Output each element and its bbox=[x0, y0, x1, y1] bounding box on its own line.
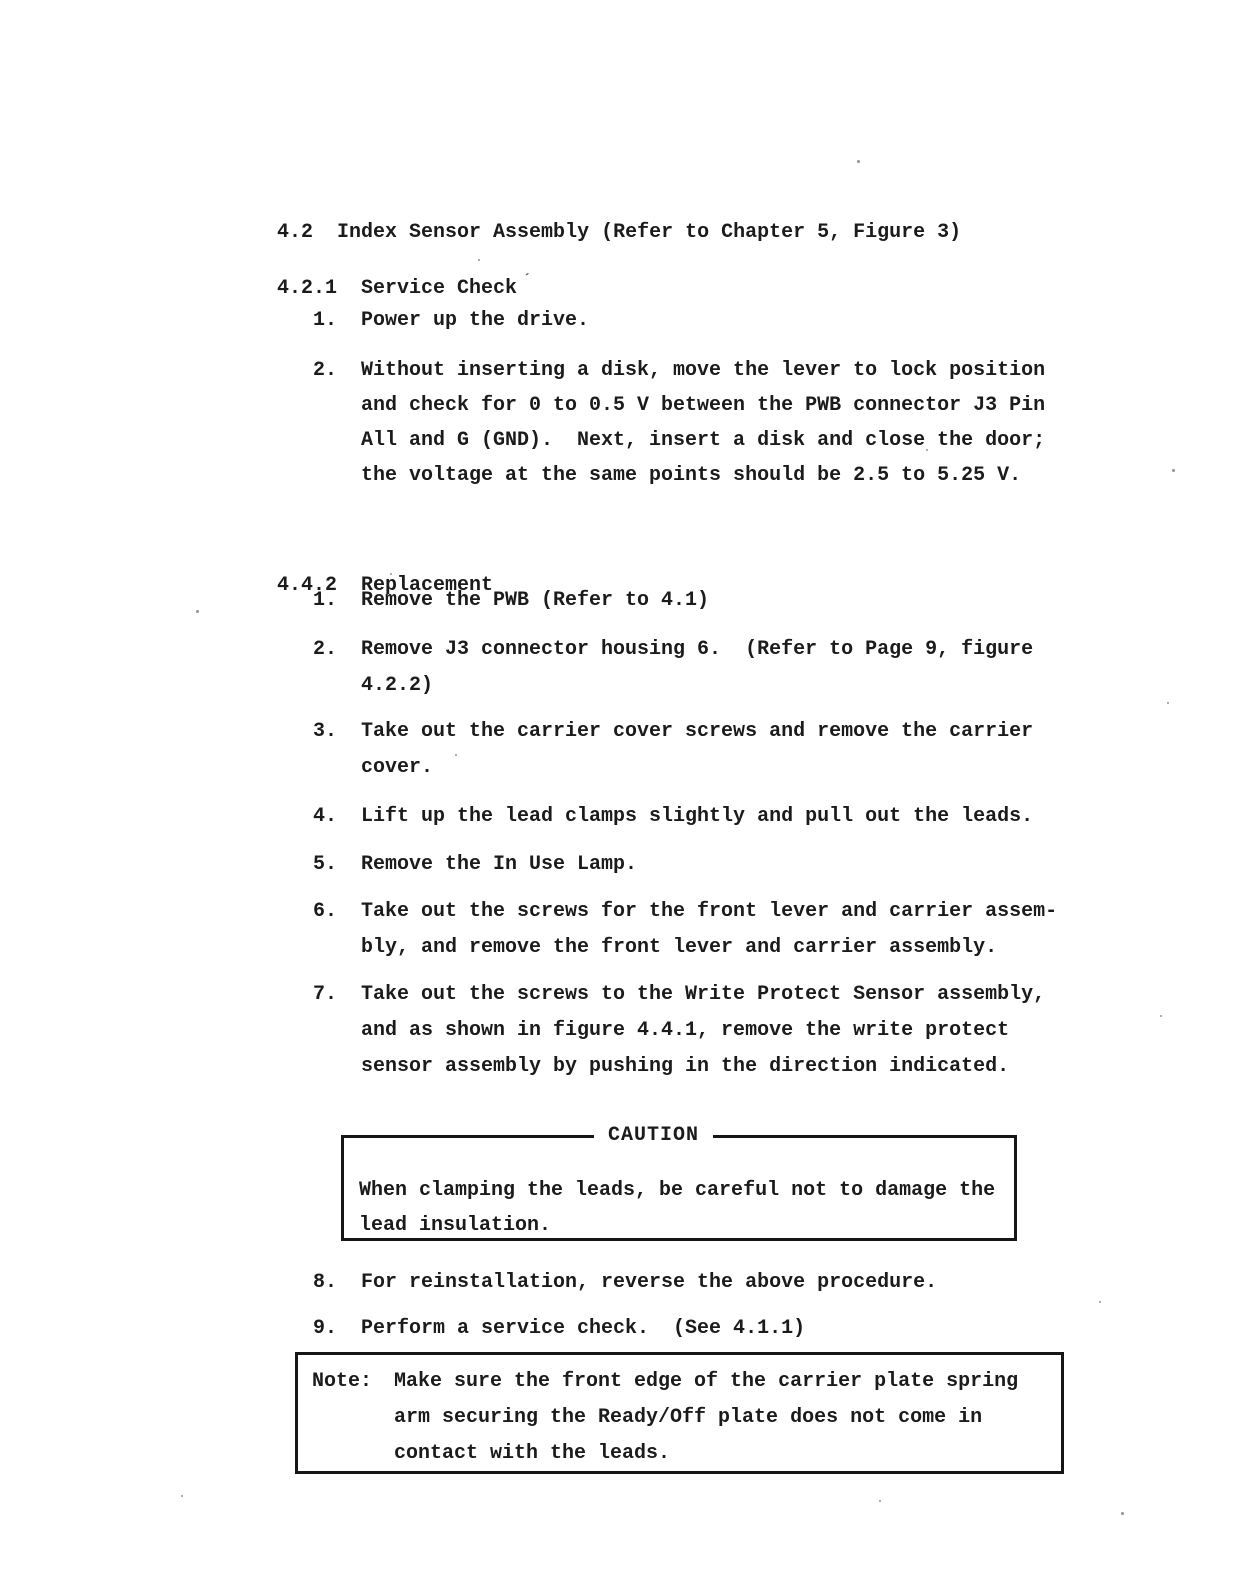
item-text: Lift up the lead clamps slightly and pul… bbox=[361, 805, 1033, 828]
text-line: 1. Power up the drive. bbox=[313, 303, 589, 338]
item-number: 2. bbox=[313, 632, 361, 668]
item-text: Remove the In Use Lamp. bbox=[361, 853, 637, 876]
item-text: Remove J3 connector housing 6. (Refer to… bbox=[361, 638, 1033, 661]
item-text: Without inserting a disk, move the lever… bbox=[361, 359, 1045, 382]
item-text: Take out the screws to the Write Protect… bbox=[361, 983, 1045, 1006]
list-item-service-1: 1. Power up the drive. bbox=[313, 303, 589, 338]
text-line: 1. Remove the PWB (Refer to 4.1) bbox=[313, 583, 709, 618]
text-line: 9. Perform a service check. (See 4.1.1) bbox=[313, 1311, 805, 1346]
item-text: Perform a service check. (See 4.1.1) bbox=[361, 1317, 805, 1340]
scan-speck bbox=[1167, 702, 1169, 704]
text-line: 5. Remove the In Use Lamp. bbox=[313, 847, 637, 882]
list-item-replacement-5: 5. Remove the In Use Lamp. bbox=[313, 847, 637, 882]
item-number: 2. bbox=[313, 353, 361, 388]
note-box-body: Make sure the front edge of the carrier … bbox=[394, 1364, 1018, 1472]
item-number: 4. bbox=[313, 799, 361, 834]
list-item-service-2: 2. Without inserting a disk, move the le… bbox=[313, 353, 1045, 493]
scan-speck bbox=[1099, 1301, 1101, 1303]
text-line: and check for 0 to 0.5 V between the PWB… bbox=[361, 388, 1045, 423]
scan-speck bbox=[1160, 1015, 1162, 1017]
text-line: Make sure the front edge of the carrier … bbox=[394, 1364, 1018, 1400]
text-line: 6. Take out the screws for the front lev… bbox=[313, 894, 1057, 930]
item-number: 1. bbox=[313, 583, 361, 618]
note-box-label: Note: bbox=[312, 1364, 372, 1400]
scan-speck bbox=[1121, 1512, 1124, 1515]
scan-speck bbox=[926, 449, 928, 451]
scan-speck bbox=[906, 227, 908, 229]
scan-speck bbox=[390, 573, 392, 575]
scan-speck bbox=[478, 259, 480, 261]
note-box: Note: Make sure the front edge of the ca… bbox=[295, 1352, 1064, 1474]
item-number: 6. bbox=[313, 894, 361, 930]
scanned-manual-page: 4.2 Index Sensor Assembly (Refer to Chap… bbox=[0, 0, 1236, 1596]
text-line: 4. Lift up the lead clamps slightly and … bbox=[313, 799, 1033, 834]
item-number: 5. bbox=[313, 847, 361, 882]
scan-speck bbox=[879, 1500, 881, 1502]
item-text: Take out the screws for the front lever … bbox=[361, 900, 1057, 923]
item-number: 9. bbox=[313, 1311, 361, 1346]
text-line: 4.2.2) bbox=[361, 668, 1033, 704]
list-item-replacement-2: 2. Remove J3 connector housing 6. (Refer… bbox=[313, 632, 1033, 704]
item-text: For reinstallation, reverse the above pr… bbox=[361, 1271, 937, 1294]
text-line: 2. Remove J3 connector housing 6. (Refer… bbox=[313, 632, 1033, 668]
item-text: Power up the drive. bbox=[361, 309, 589, 332]
list-item-replacement-8: 8. For reinstallation, reverse the above… bbox=[313, 1265, 937, 1300]
list-item-replacement-3: 3. Take out the carrier cover screws and… bbox=[313, 714, 1033, 786]
item-text: Take out the carrier cover screws and re… bbox=[361, 720, 1033, 743]
text-line: 7. Take out the screws to the Write Prot… bbox=[313, 977, 1045, 1013]
item-number: 8. bbox=[313, 1265, 361, 1300]
item-number: 1. bbox=[313, 303, 361, 338]
text-line: 8. For reinstallation, reverse the above… bbox=[313, 1265, 937, 1300]
text-line: bly, and remove the front lever and carr… bbox=[361, 930, 1057, 966]
scan-speck bbox=[196, 610, 199, 613]
text-line: All and G (GND). Next, insert a disk and… bbox=[361, 423, 1045, 458]
scan-speck bbox=[1172, 469, 1175, 472]
text-line: arm securing the Ready/Off plate does no… bbox=[394, 1400, 1018, 1436]
scan-speck bbox=[181, 1495, 183, 1497]
item-number: 3. bbox=[313, 714, 361, 750]
text-line: the voltage at the same points should be… bbox=[361, 458, 1045, 493]
list-item-replacement-9: 9. Perform a service check. (See 4.1.1) bbox=[313, 1311, 805, 1346]
caution-box-label: CAUTION bbox=[594, 1123, 713, 1149]
text-line: cover. bbox=[361, 750, 1033, 786]
list-item-replacement-1: 1. Remove the PWB (Refer to 4.1) bbox=[313, 583, 709, 618]
text-line: When clamping the leads, be careful not … bbox=[359, 1173, 995, 1208]
item-number: 7. bbox=[313, 977, 361, 1013]
text-line: and as shown in figure 4.4.1, remove the… bbox=[361, 1013, 1045, 1049]
list-item-replacement-4: 4. Lift up the lead clamps slightly and … bbox=[313, 799, 1033, 834]
list-item-replacement-6: 6. Take out the screws for the front lev… bbox=[313, 894, 1057, 966]
scan-speck bbox=[857, 160, 860, 163]
caution-box: CAUTION When clamping the leads, be care… bbox=[341, 1135, 1017, 1241]
caution-box-body: When clamping the leads, be careful not … bbox=[359, 1173, 995, 1243]
section-heading-4-2-1-text: 4.2.1 Service Check bbox=[277, 277, 517, 300]
text-line: 3. Take out the carrier cover screws and… bbox=[313, 714, 1033, 750]
text-line: sensor assembly by pushing in the direct… bbox=[361, 1049, 1045, 1085]
list-item-replacement-7: 7. Take out the screws to the Write Prot… bbox=[313, 977, 1045, 1085]
text-line: 2. Without inserting a disk, move the le… bbox=[313, 353, 1045, 388]
item-text: Remove the PWB (Refer to 4.1) bbox=[361, 589, 709, 612]
scan-speck bbox=[455, 754, 457, 756]
text-line: lead insulation. bbox=[359, 1208, 995, 1243]
text-line: contact with the leads. bbox=[394, 1436, 1018, 1472]
